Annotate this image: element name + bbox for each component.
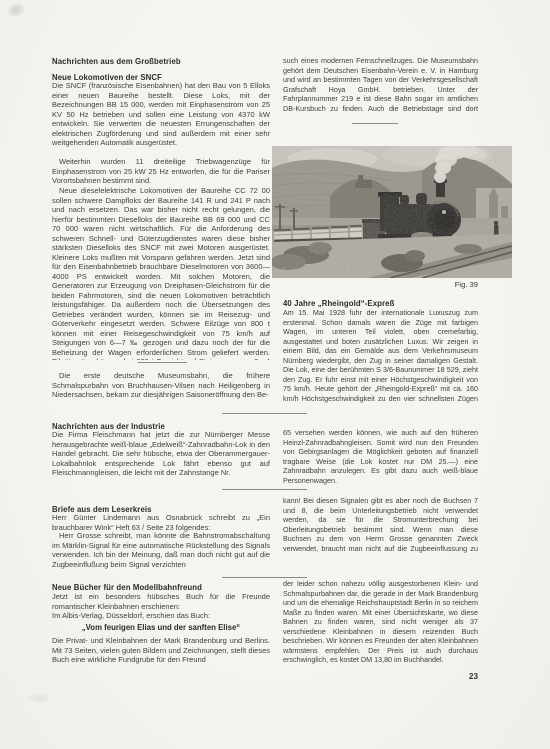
industrie-continuation: 65 versehen werden können, wie auch auf … bbox=[283, 428, 478, 485]
verlag-line: Im Albis-Verlag, Düsseldorf, erschien da… bbox=[52, 611, 270, 621]
sncf-paragraph-3: Neue dieselelektrische Lokomotiven der B… bbox=[52, 186, 270, 360]
museumsbahn-paragraph: Die erste deutsche Museumsbahn, die früh… bbox=[52, 371, 270, 400]
film-grain-overlay bbox=[272, 146, 512, 278]
buecher-review: Die Privat- und Kleinbahnen der Mark Bra… bbox=[52, 636, 270, 665]
figure-caption: Fig. 39 bbox=[283, 280, 478, 289]
sncf-paragraph-2: Weiterhin wurden 11 dreiteilige Triebwag… bbox=[52, 157, 270, 186]
page-number: 23 bbox=[283, 672, 478, 681]
section-heading-buecher: Neue Bücher für den Modellbahnfreund bbox=[52, 583, 270, 592]
scan-smudge bbox=[28, 694, 50, 702]
heading-rheingold: 40 Jahre „Rheingold“-Expreß bbox=[283, 299, 478, 308]
museumsbahn-continuation: such eines modernen Fernschnellzuges. Di… bbox=[283, 56, 478, 114]
industrie-paragraph: Die Firma Fleischmann hat jetzt die zur … bbox=[52, 430, 270, 478]
leserkreis-intro: Herr Günter Lindemann aus Osnabrück schr… bbox=[52, 513, 270, 532]
buecher-continuation: der leider schon nahezu völlig ausgestor… bbox=[283, 579, 478, 665]
sncf-paragraph-1: Die SNCF (französische Eisenbahnen) hat … bbox=[52, 81, 270, 148]
left-column: Nachrichten aus dem Großbetrieb Neue Lok… bbox=[52, 0, 270, 749]
section-divider bbox=[222, 489, 307, 490]
section-divider bbox=[352, 123, 398, 124]
figure-39-photo bbox=[272, 146, 512, 278]
magazine-page: Nachrichten aus dem Großbetrieb Neue Lok… bbox=[0, 0, 550, 749]
book-title: „Vom feurigen Elias und der sanften Elis… bbox=[52, 623, 270, 632]
leserkreis-continuation: kann! Bei diesen Signalen gibt es aber n… bbox=[283, 496, 478, 554]
scan-smudge bbox=[7, 2, 26, 18]
section-divider bbox=[222, 413, 307, 414]
leserkreis-letter: Herr Grosse schreibt, man könnte die Bah… bbox=[52, 531, 270, 569]
rheingold-paragraph: Am 15. Mai 1928 fuhr der internationale … bbox=[283, 308, 478, 404]
rheingold-train-painting bbox=[272, 146, 512, 278]
section-heading-grossbetrieb: Nachrichten aus dem Großbetrieb bbox=[52, 57, 270, 66]
right-column: such eines modernen Fernschnellzuges. Di… bbox=[283, 0, 478, 749]
section-divider bbox=[222, 577, 307, 578]
section-divider bbox=[138, 362, 187, 363]
buecher-intro: Jetzt ist ein besonders hübsches Buch fü… bbox=[52, 592, 270, 611]
